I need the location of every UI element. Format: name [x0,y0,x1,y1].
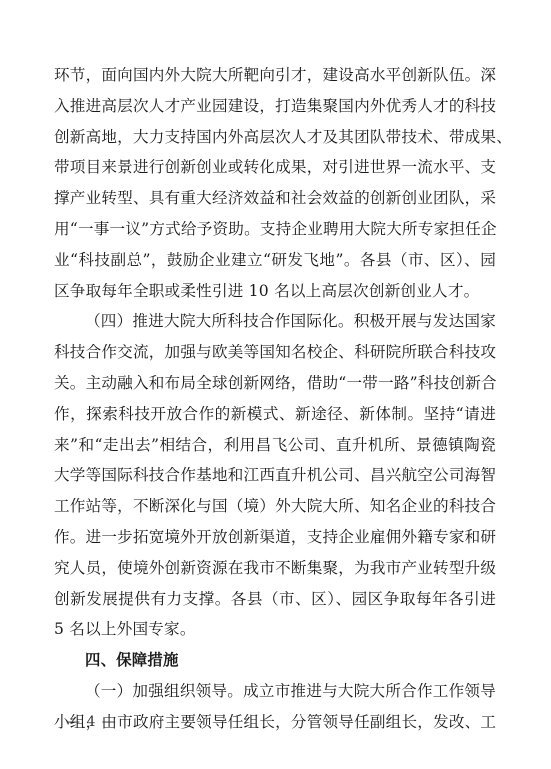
paragraph-line: 带项目来景进行创新创业或转化成果，对引进世界一流水平、支 [54,152,496,183]
paragraph-line: 入推进高层次人才产业园建设，打造集聚国内外优秀人才的科技 [54,91,496,122]
paragraph-line: 关。主动融入和布局全球创新网络，借助“一带一路”科技创新合 [54,368,496,399]
paragraph-line: 作。进一步拓宽境外开放创新渠道，支持企业雇佣外籍专家和研 [54,522,496,553]
paragraph-line: 创新发展提供有力支撑。各县（市、区）、园区争取每年各引进 [54,584,496,615]
section-heading: 四、保障措施 [54,645,496,676]
paragraph-line: 用“一事一议”方式给予资助。支持企业聘用大院大所专家担任企 [54,214,496,245]
paragraph-line: 究人员，使境外创新资源在我市不断集聚，为我市产业转型升级 [54,553,496,584]
paragraph-line: 区争取每年全职或柔性引进 10 名以上高层次创新创业人才。 [54,276,496,307]
paragraph-line: 撑产业转型、具有重大经济效益和社会效益的创新创业团队，采 [54,183,496,214]
document-body: 环节，面向国内外大院大所靶向引才，建设高水平创新队伍。深 入推进高层次人才产业园… [54,60,496,738]
paragraph-line: 科技合作交流，加强与欧美等国知名校企、科研院所联合科技攻 [54,337,496,368]
subsection-heading-line: （一）加强组织领导。成立市推进与大院大所合作工作领导 [54,676,496,707]
page-number: — 4 — [66,714,117,730]
paragraph-line: 小组，由市政府主要领导任组长，分管领导任副组长，发改、工 [54,707,496,738]
paragraph-line: 大学等国际科技合作基地和江西直升机公司、昌兴航空公司海智 [54,460,496,491]
subsection-heading-line: （四）推进大院大所科技合作国际化。积极开展与发达国家 [54,306,496,337]
paragraph-line: 环节，面向国内外大院大所靶向引才，建设高水平创新队伍。深 [54,60,496,91]
paragraph-line: 来”和“走出去”相结合，利用昌飞公司、直升机所、景德镇陶瓷 [54,430,496,461]
paragraph-line: 作，探索科技开放合作的新模式、新途径、新体制。坚持“请进 [54,399,496,430]
paragraph-line: 工作站等，不断深化与国（境）外大院大所、知名企业的科技合 [54,491,496,522]
document-page: 环节，面向国内外大院大所靶向引才，建设高水平创新队伍。深 入推进高层次人才产业园… [0,0,551,769]
paragraph-line: 业“科技副总”，鼓励企业建立“研发飞地”。各县（市、区）、园 [54,245,496,276]
paragraph-line: 创新高地，大力支持国内外高层次人才及其团队带技术、带成果、 [54,122,496,153]
paragraph-line: 5 名以上外国专家。 [54,614,496,645]
